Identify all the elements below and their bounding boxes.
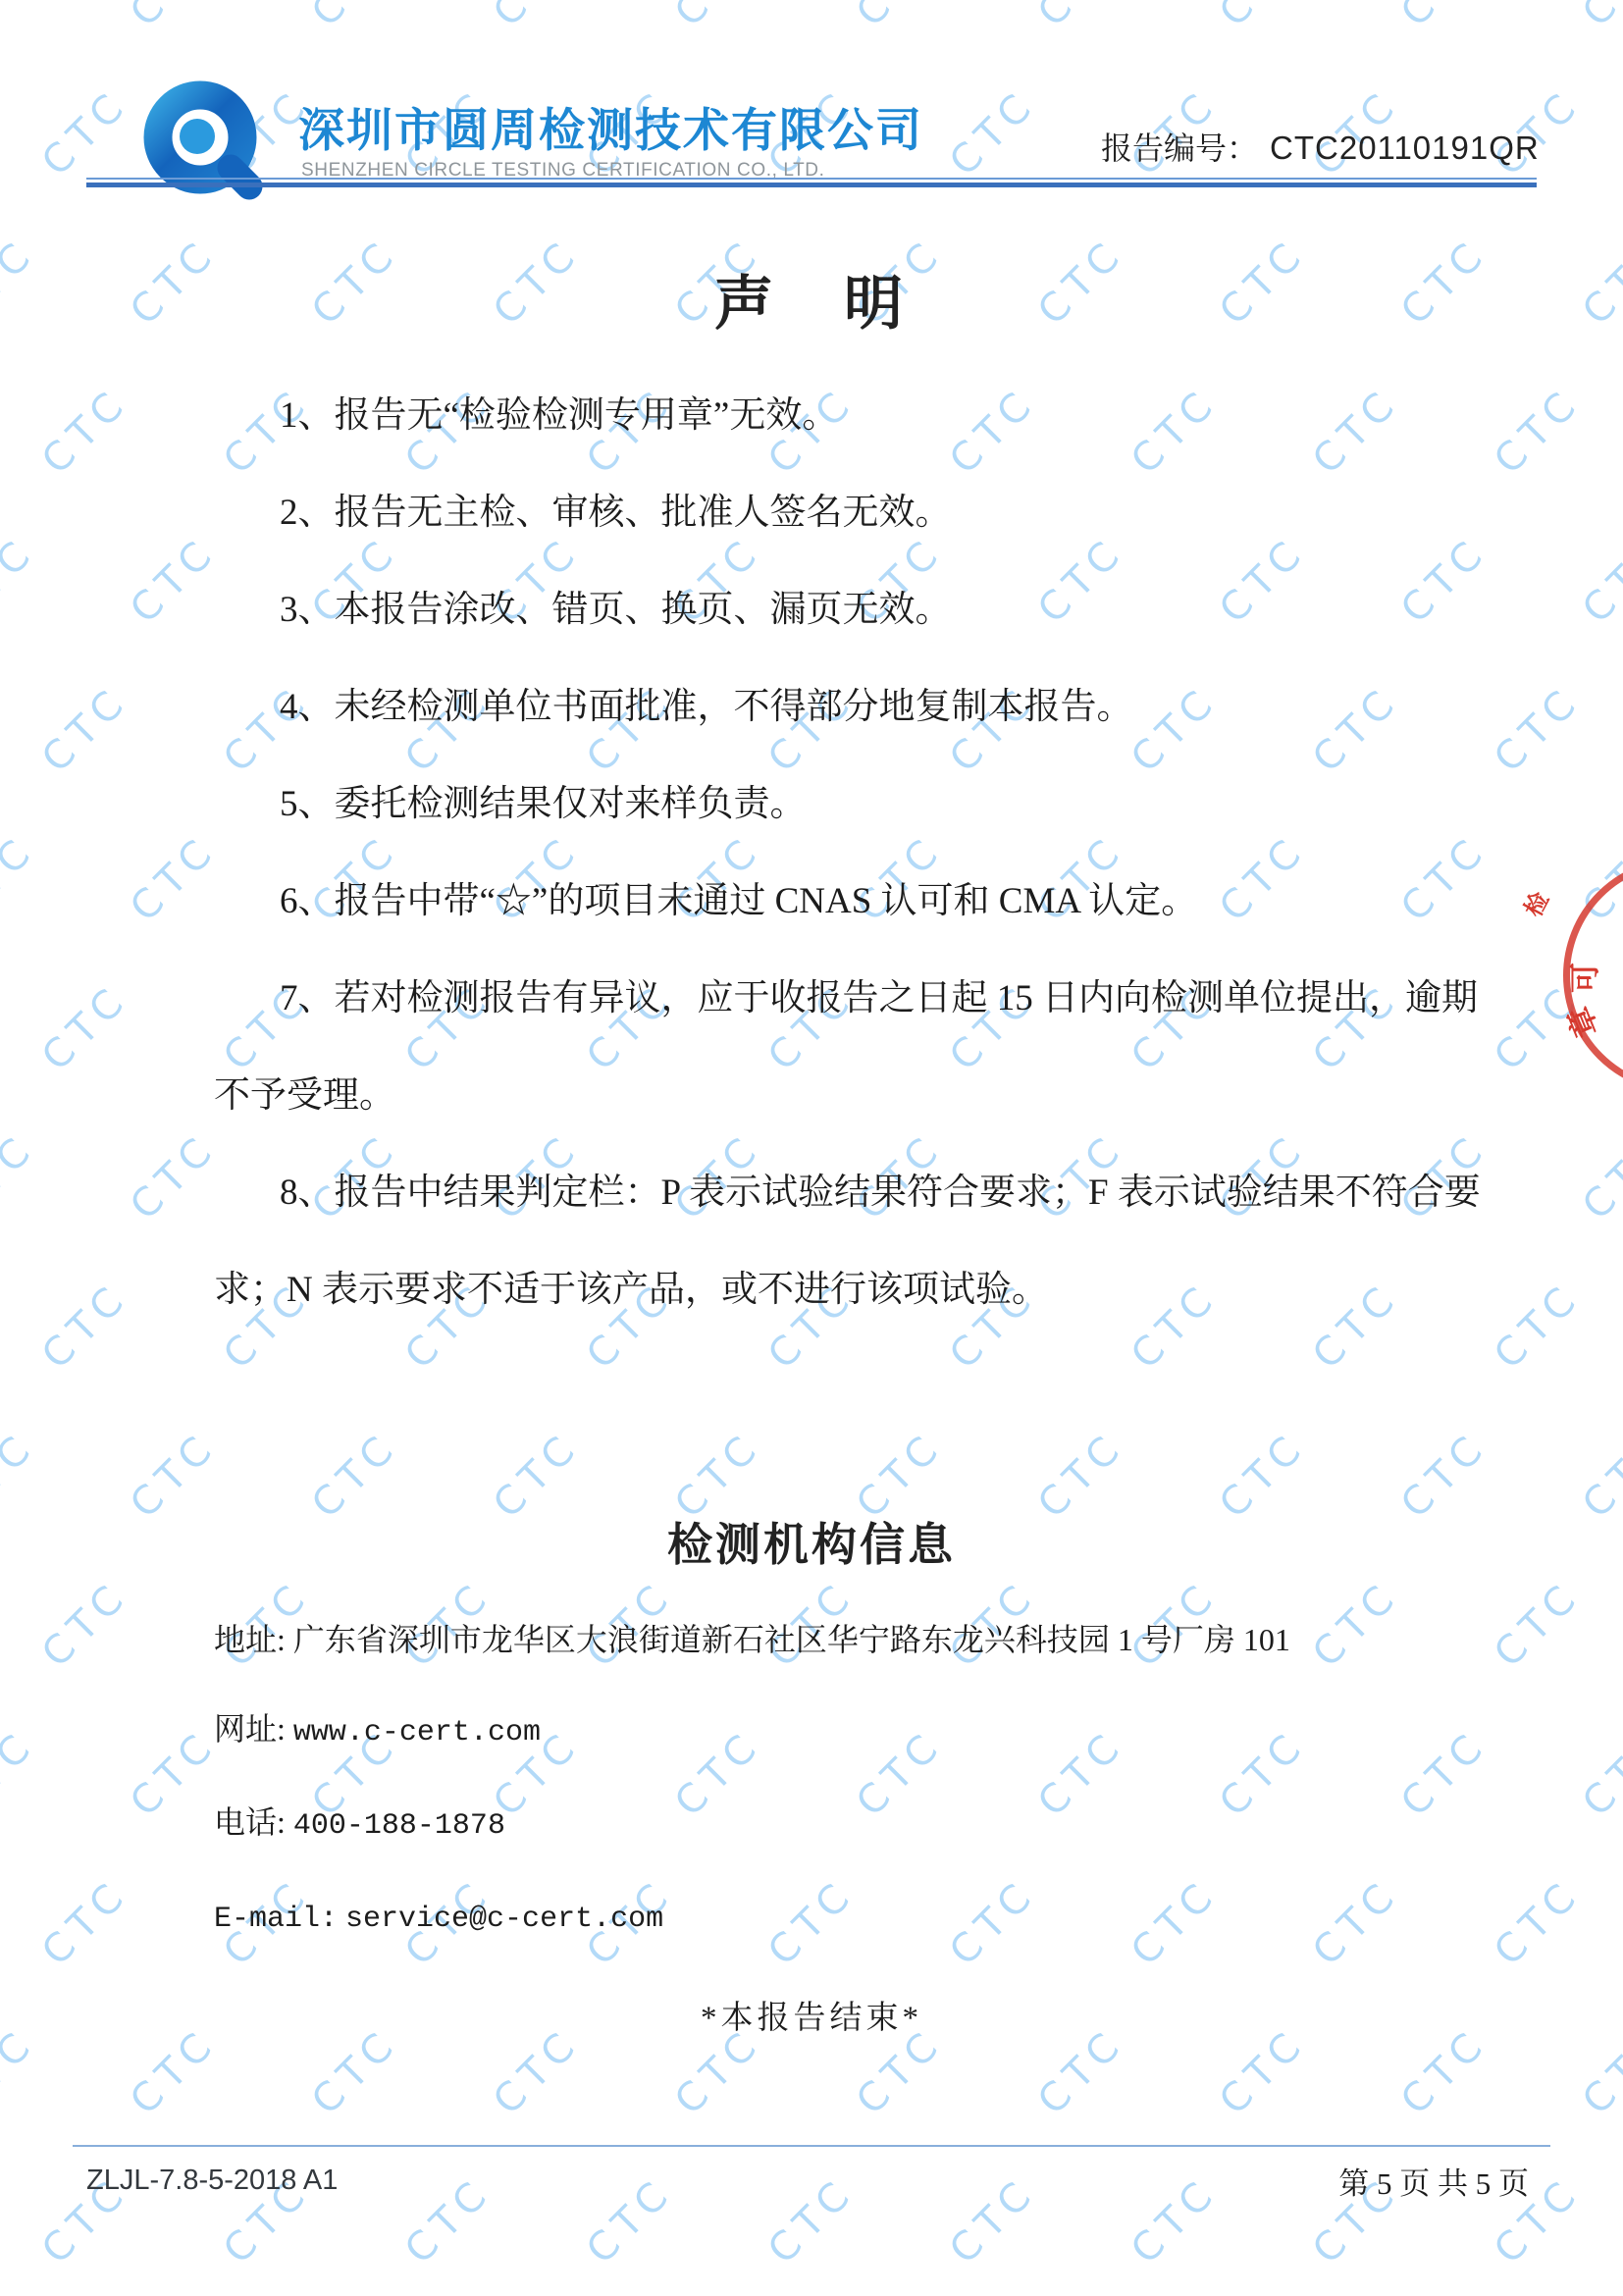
- watermark-text: CTC: [33, 379, 138, 484]
- watermark-text: CTC: [848, 0, 953, 35]
- org-info-title: 检测机构信息: [0, 1509, 1623, 1574]
- statement-item-3: 3、本报告涂改、错页、换页、漏页无效。: [214, 561, 1511, 658]
- watermark-text: CTC: [941, 80, 1046, 185]
- watermark-text: CTC: [485, 0, 590, 35]
- watermark-text: CTC: [396, 2168, 501, 2273]
- watermark-text: CTC: [33, 1572, 138, 1677]
- watermark-text: CTC: [1574, 528, 1623, 633]
- footer-doc-code: ZLJL-7.8-5-2018 A1: [86, 2165, 338, 2197]
- org-website-value: www.c-cert.com: [293, 1716, 541, 1749]
- org-website-row: 网址: www.c-cert.com: [214, 1685, 1290, 1778]
- watermark-text: CTC: [1029, 0, 1134, 35]
- watermark-text: CTC: [122, 528, 227, 633]
- watermark-text: CTC: [1486, 1870, 1591, 1975]
- statement-list: 1、报告无“检验检测专用章”无效。 2、报告无主检、审核、批准人签名无效。 3、…: [214, 367, 1511, 1338]
- footer-page-number: 第 5 页 共 5 页: [1338, 2159, 1529, 2203]
- company-name-zh: 深圳市圆周检测技术有限公司: [298, 94, 923, 160]
- watermark-text: CTC: [0, 528, 45, 633]
- org-address-value: 广东省深圳市龙华区大浪街道新石社区华宁路东龙兴科技园 1 号厂房 101: [293, 1622, 1290, 1657]
- report-number: 报告编号： CTC20110191QR: [1101, 124, 1540, 169]
- report-number-label: 报告编号：: [1101, 124, 1258, 169]
- watermark-text: CTC: [941, 2168, 1046, 2273]
- watermark-text: CTC: [1486, 1572, 1591, 1677]
- org-phone-row: 电话: 400-188-1878: [214, 1778, 1290, 1871]
- statement-item-7: 7、若对检测报告有异议，应于收报告之日起 15 日内向检测单位提出，逾期不予受理…: [214, 950, 1511, 1144]
- watermark-text: CTC: [1392, 1721, 1497, 1826]
- watermark-text: CTC: [1211, 0, 1316, 35]
- red-seal-glyph: 可: [1560, 963, 1604, 993]
- company-logo-icon: [139, 77, 288, 212]
- org-info-block: 地址: 广东省深圳市龙华区大浪街道新石社区华宁路东龙兴科技园 1 号厂房 101…: [214, 1595, 1290, 1964]
- watermark-text: CTC: [1304, 1870, 1409, 1975]
- statement-item-5: 5、委托检测结果仅对来样负责。: [214, 756, 1511, 853]
- watermark-text: CTC: [1574, 0, 1623, 35]
- watermark-text: CTC: [1123, 2168, 1228, 2273]
- watermark-text: CTC: [122, 1124, 227, 1229]
- watermark-text: CTC: [0, 0, 45, 35]
- statement-item-4: 4、未经检测单位书面批准，不得部分地复制本报告。: [214, 658, 1511, 756]
- statement-item-2: 2、报告无主检、审核、批准人签名无效。: [214, 464, 1511, 561]
- org-website-label: 网址:: [214, 1711, 286, 1747]
- statement-item-1: 1、报告无“检验检测专用章”无效。: [214, 367, 1511, 464]
- watermark-text: CTC: [1574, 1721, 1623, 1826]
- watermark-text: CTC: [0, 1721, 45, 1826]
- org-address-label: 地址:: [214, 1622, 286, 1657]
- watermark-text: CTC: [122, 826, 227, 931]
- report-page: CTCCTCCTCCTCCTCCTCCTCCTCCTCCTCCTCCTCCTCC…: [0, 0, 1623, 2296]
- watermark-text: CTC: [33, 80, 138, 185]
- org-email-label: E-mail:: [214, 1903, 338, 1936]
- watermark-text: CTC: [666, 0, 771, 35]
- watermark-text: CTC: [33, 1274, 138, 1379]
- watermark-text: CTC: [33, 1870, 138, 1975]
- end-of-report-marker: *本报告结束*: [0, 1992, 1623, 2038]
- watermark-text: CTC: [578, 2168, 683, 2273]
- page-title: 声 明: [0, 257, 1623, 341]
- watermark-text: CTC: [759, 2168, 864, 2273]
- statement-item-6: 6、报告中带“☆”的项目未通过 CNAS 认可和 CMA 认定。: [214, 853, 1511, 950]
- watermark-text: CTC: [122, 0, 227, 35]
- watermark-text: CTC: [1392, 0, 1497, 35]
- org-email-row: E-mail: service@c-cert.com: [214, 1871, 1290, 1964]
- org-address-row: 地址: 广东省深圳市龙华区大浪街道新石社区华宁路东龙兴科技园 1 号厂房 101: [214, 1595, 1290, 1685]
- footer-divider: [73, 2145, 1550, 2147]
- watermark-text: CTC: [33, 975, 138, 1080]
- watermark-text: CTC: [122, 1721, 227, 1826]
- org-email-value: service@c-cert.com: [345, 1903, 663, 1936]
- header-divider: [86, 178, 1537, 187]
- org-phone-label: 电话:: [214, 1804, 286, 1840]
- watermark-text: CTC: [1304, 1572, 1409, 1677]
- report-number-value: CTC20110191QR: [1270, 130, 1540, 167]
- watermark-text: CTC: [1574, 1124, 1623, 1229]
- watermark-text: CTC: [303, 0, 408, 35]
- watermark-text: CTC: [0, 1124, 45, 1229]
- watermark-text: CTC: [0, 826, 45, 931]
- watermark-text: CTC: [33, 677, 138, 782]
- statement-item-8: 8、报告中结果判定栏：P 表示试验结果符合要求；F 表示试验结果不符合要求；N …: [214, 1144, 1511, 1338]
- header-divider-bar: [86, 183, 1537, 187]
- org-phone-value: 400-188-1878: [293, 1809, 505, 1843]
- red-seal-glyph: 检: [1514, 885, 1555, 922]
